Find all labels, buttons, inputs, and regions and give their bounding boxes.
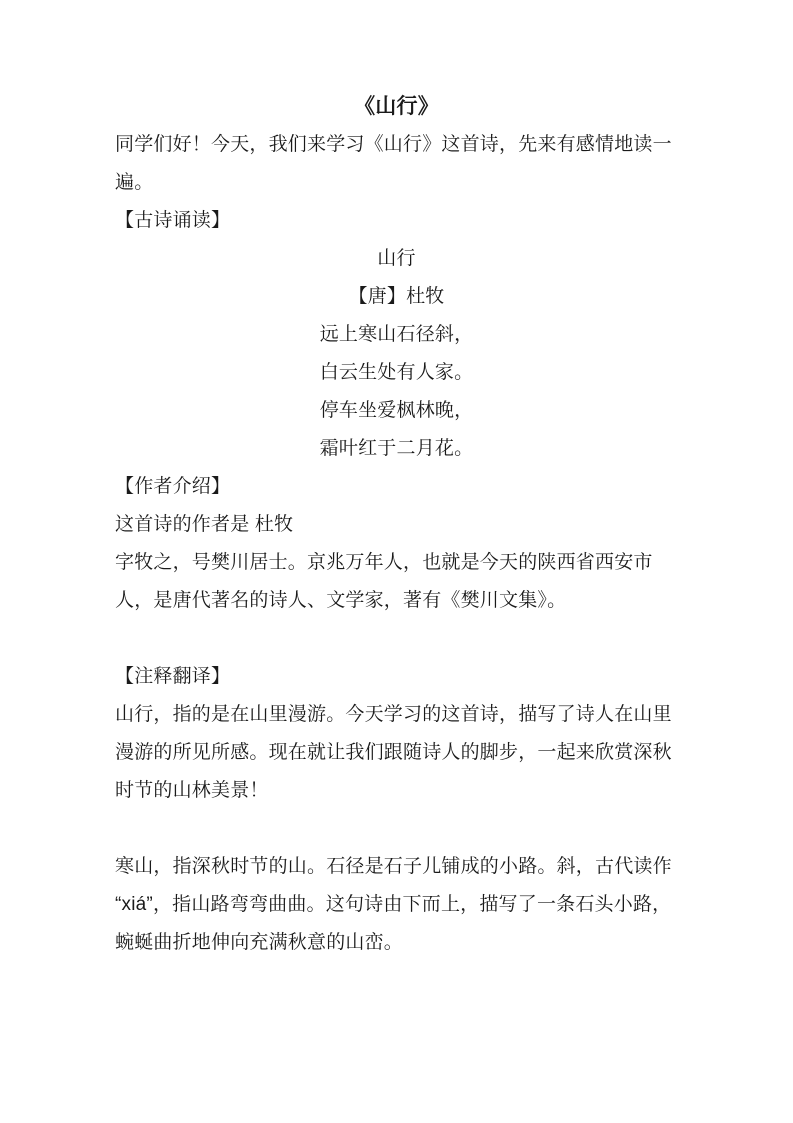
section-header-recitation: 【古诗诵读】 (115, 202, 678, 240)
annotation-para1-line-3: 时节的山林美景！ (115, 772, 678, 810)
blank-line (115, 620, 678, 658)
intro-line-1: 同学们好！今天，我们来学习《山行》这首诗，先来有感情地读一 (115, 126, 678, 164)
poem-author: 【唐】杜牧 (115, 278, 678, 316)
blank-line (115, 810, 678, 848)
author-bio-line-1: 字牧之，号樊川居士。京兆万年人，也就是今天的陕西省西安市 (115, 544, 678, 582)
author-lead-line: 这首诗的作者是 杜牧 (115, 506, 678, 544)
annotation-para1-line-2: 漫游的所见所感。现在就让我们跟随诗人的脚步，一起来欣赏深秋 (115, 734, 678, 772)
page-title: 《山行》 (115, 88, 678, 126)
intro-line-2: 遍。 (115, 164, 678, 202)
poem-title: 山行 (115, 240, 678, 278)
poem-line-3: 停车坐爱枫林晚， (115, 392, 678, 430)
annotation-para1-line-1: 山行，指的是在山里漫游。今天学习的这首诗，描写了诗人在山里 (115, 696, 678, 734)
document-content: 《山行》 同学们好！今天，我们来学习《山行》这首诗，先来有感情地读一 遍。 【古… (115, 88, 678, 962)
poem-line-2: 白云生处有人家。 (115, 354, 678, 392)
annotation-para2-line-3: 蜿蜒曲折地伸向充满秋意的山峦。 (115, 924, 678, 962)
author-bio-line-2: 人，是唐代著名的诗人、文学家，著有《樊川文集》。 (115, 582, 678, 620)
section-header-author-intro: 【作者介绍】 (115, 468, 678, 506)
annotation-para2-line-2: “xiá”，指山路弯弯曲曲。这句诗由下而上，描写了一条石头小路， (115, 886, 678, 924)
section-header-annotation: 【注释翻译】 (115, 658, 678, 696)
poem-line-4: 霜叶红于二月花。 (115, 430, 678, 468)
poem-line-1: 远上寒山石径斜， (115, 316, 678, 354)
document-page: 《山行》 同学们好！今天，我们来学习《山行》这首诗，先来有感情地读一 遍。 【古… (0, 0, 793, 1123)
annotation-para2-line-1: 寒山，指深秋时节的山。石径是石子儿铺成的小路。斜，古代读作 (115, 848, 678, 886)
